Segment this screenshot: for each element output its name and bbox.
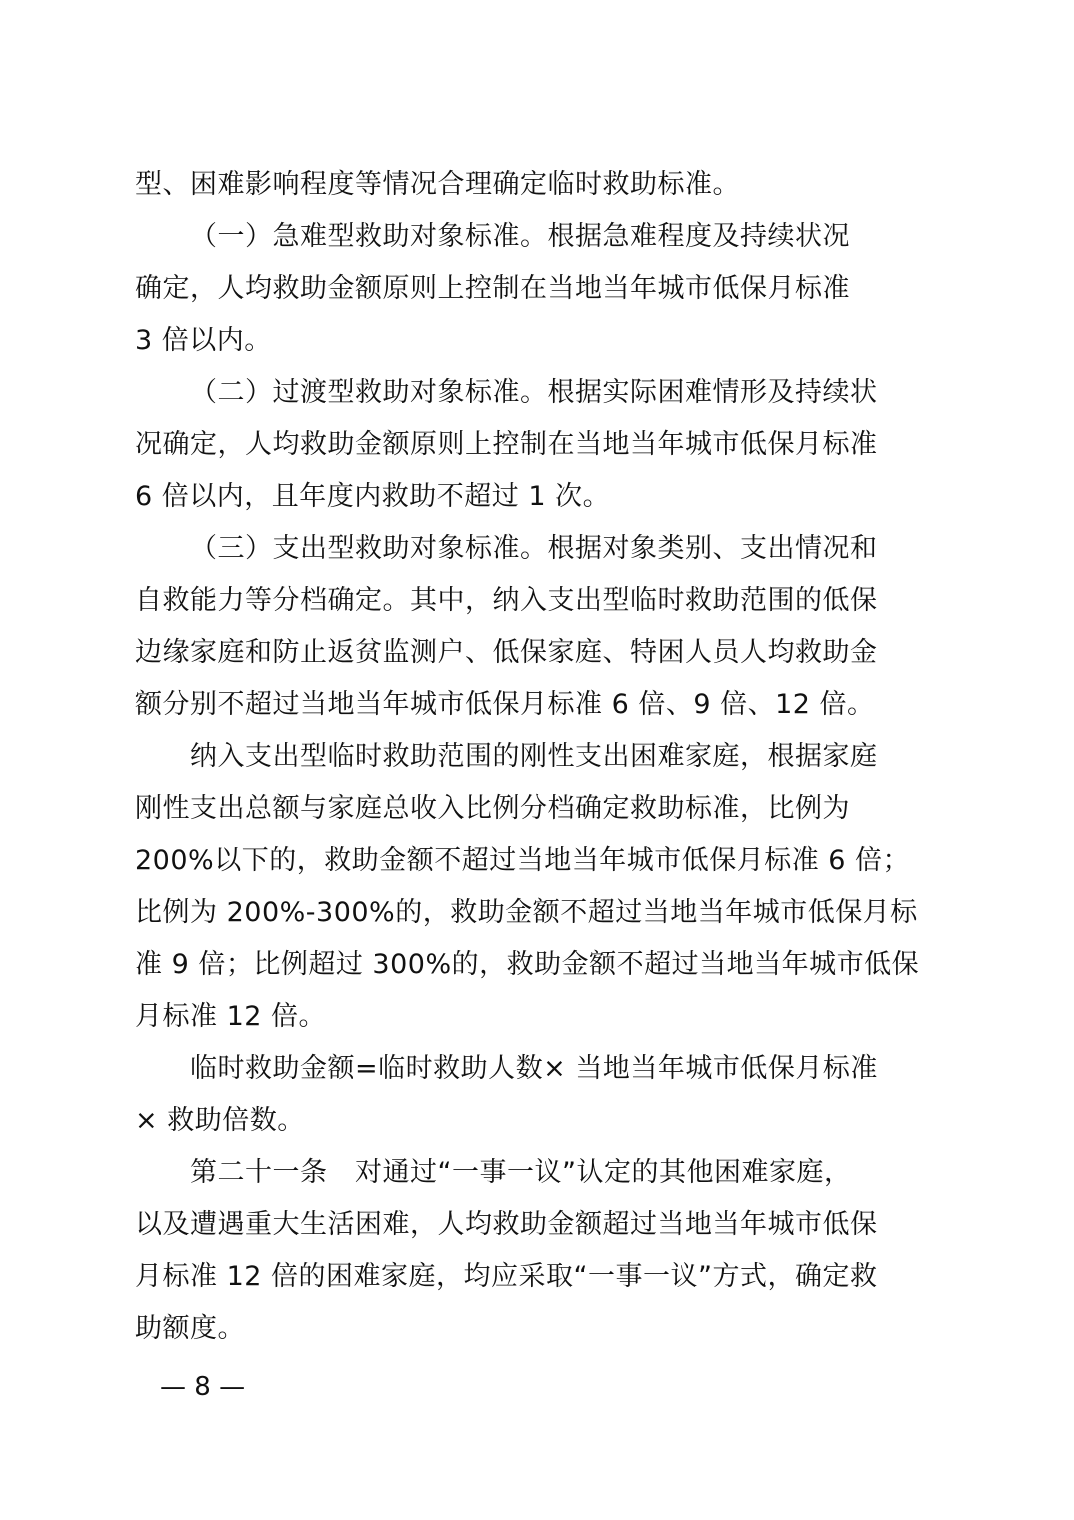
text-line: （二）过渡型救助对象标准。根据实际困难情形及持续状	[190, 376, 980, 410]
text-line: 3 倍以内。	[135, 324, 925, 358]
text-line: 确定，人均救助金额原则上控制在当地当年城市低保月标准	[135, 272, 925, 306]
text-line: 边缘家庭和防止返贫监测户、低保家庭、特困人员人均救助金	[135, 636, 925, 670]
text-line: 6 倍以内，且年度内救助不超过 1 次。	[135, 480, 925, 514]
formula-line: 临时救助金额=临时救助人数× 当地当年城市低保月标准	[190, 1052, 980, 1086]
text-line: 以及遭遇重大生活困难，人均救助金额超过当地当年城市低保	[135, 1208, 925, 1242]
formula-line: × 救助倍数。	[135, 1104, 925, 1138]
text-line: （三）支出型救助对象标准。根据对象类别、支出情况和	[190, 532, 980, 566]
text-line: 况确定，人均救助金额原则上控制在当地当年城市低保月标准	[135, 428, 925, 462]
text-line: 200%以下的，救助金额不超过当地当年城市低保月标准 6 倍；	[135, 844, 925, 878]
page-number: — 8 —	[160, 1370, 245, 1404]
text-line: 型、困难影响程度等情况合理确定临时救助标准。	[135, 168, 925, 202]
text-line: 准 9 倍；比例超过 300%的，救助金额不超过当地当年城市低保	[135, 948, 925, 982]
text-line: （一）急难型救助对象标准。根据急难程度及持续状况	[190, 220, 980, 254]
text-line: 刚性支出总额与家庭总收入比例分档确定救助标准，比例为	[135, 792, 925, 826]
text-line: 比例为 200%-300%的，救助金额不超过当地当年城市低保月标	[135, 896, 925, 930]
text-line: 助额度。	[135, 1312, 925, 1346]
text-line: 月标准 12 倍的困难家庭，均应采取“一事一议”方式，确定救	[135, 1260, 925, 1294]
article-heading-line: 第二十一条 对通过“一事一议”认定的其他困难家庭，	[190, 1156, 980, 1190]
text-line: 自救能力等分档确定。其中，纳入支出型临时救助范围的低保	[135, 584, 925, 618]
text-line: 纳入支出型临时救助范围的刚性支出困难家庭，根据家庭	[190, 740, 980, 774]
document-page: 型、困难影响程度等情况合理确定临时救助标准。 （一）急难型救助对象标准。根据急难…	[0, 0, 1074, 1520]
text-line: 月标准 12 倍。	[135, 1000, 925, 1034]
text-line: 额分别不超过当地当年城市低保月标准 6 倍、9 倍、12 倍。	[135, 688, 925, 722]
